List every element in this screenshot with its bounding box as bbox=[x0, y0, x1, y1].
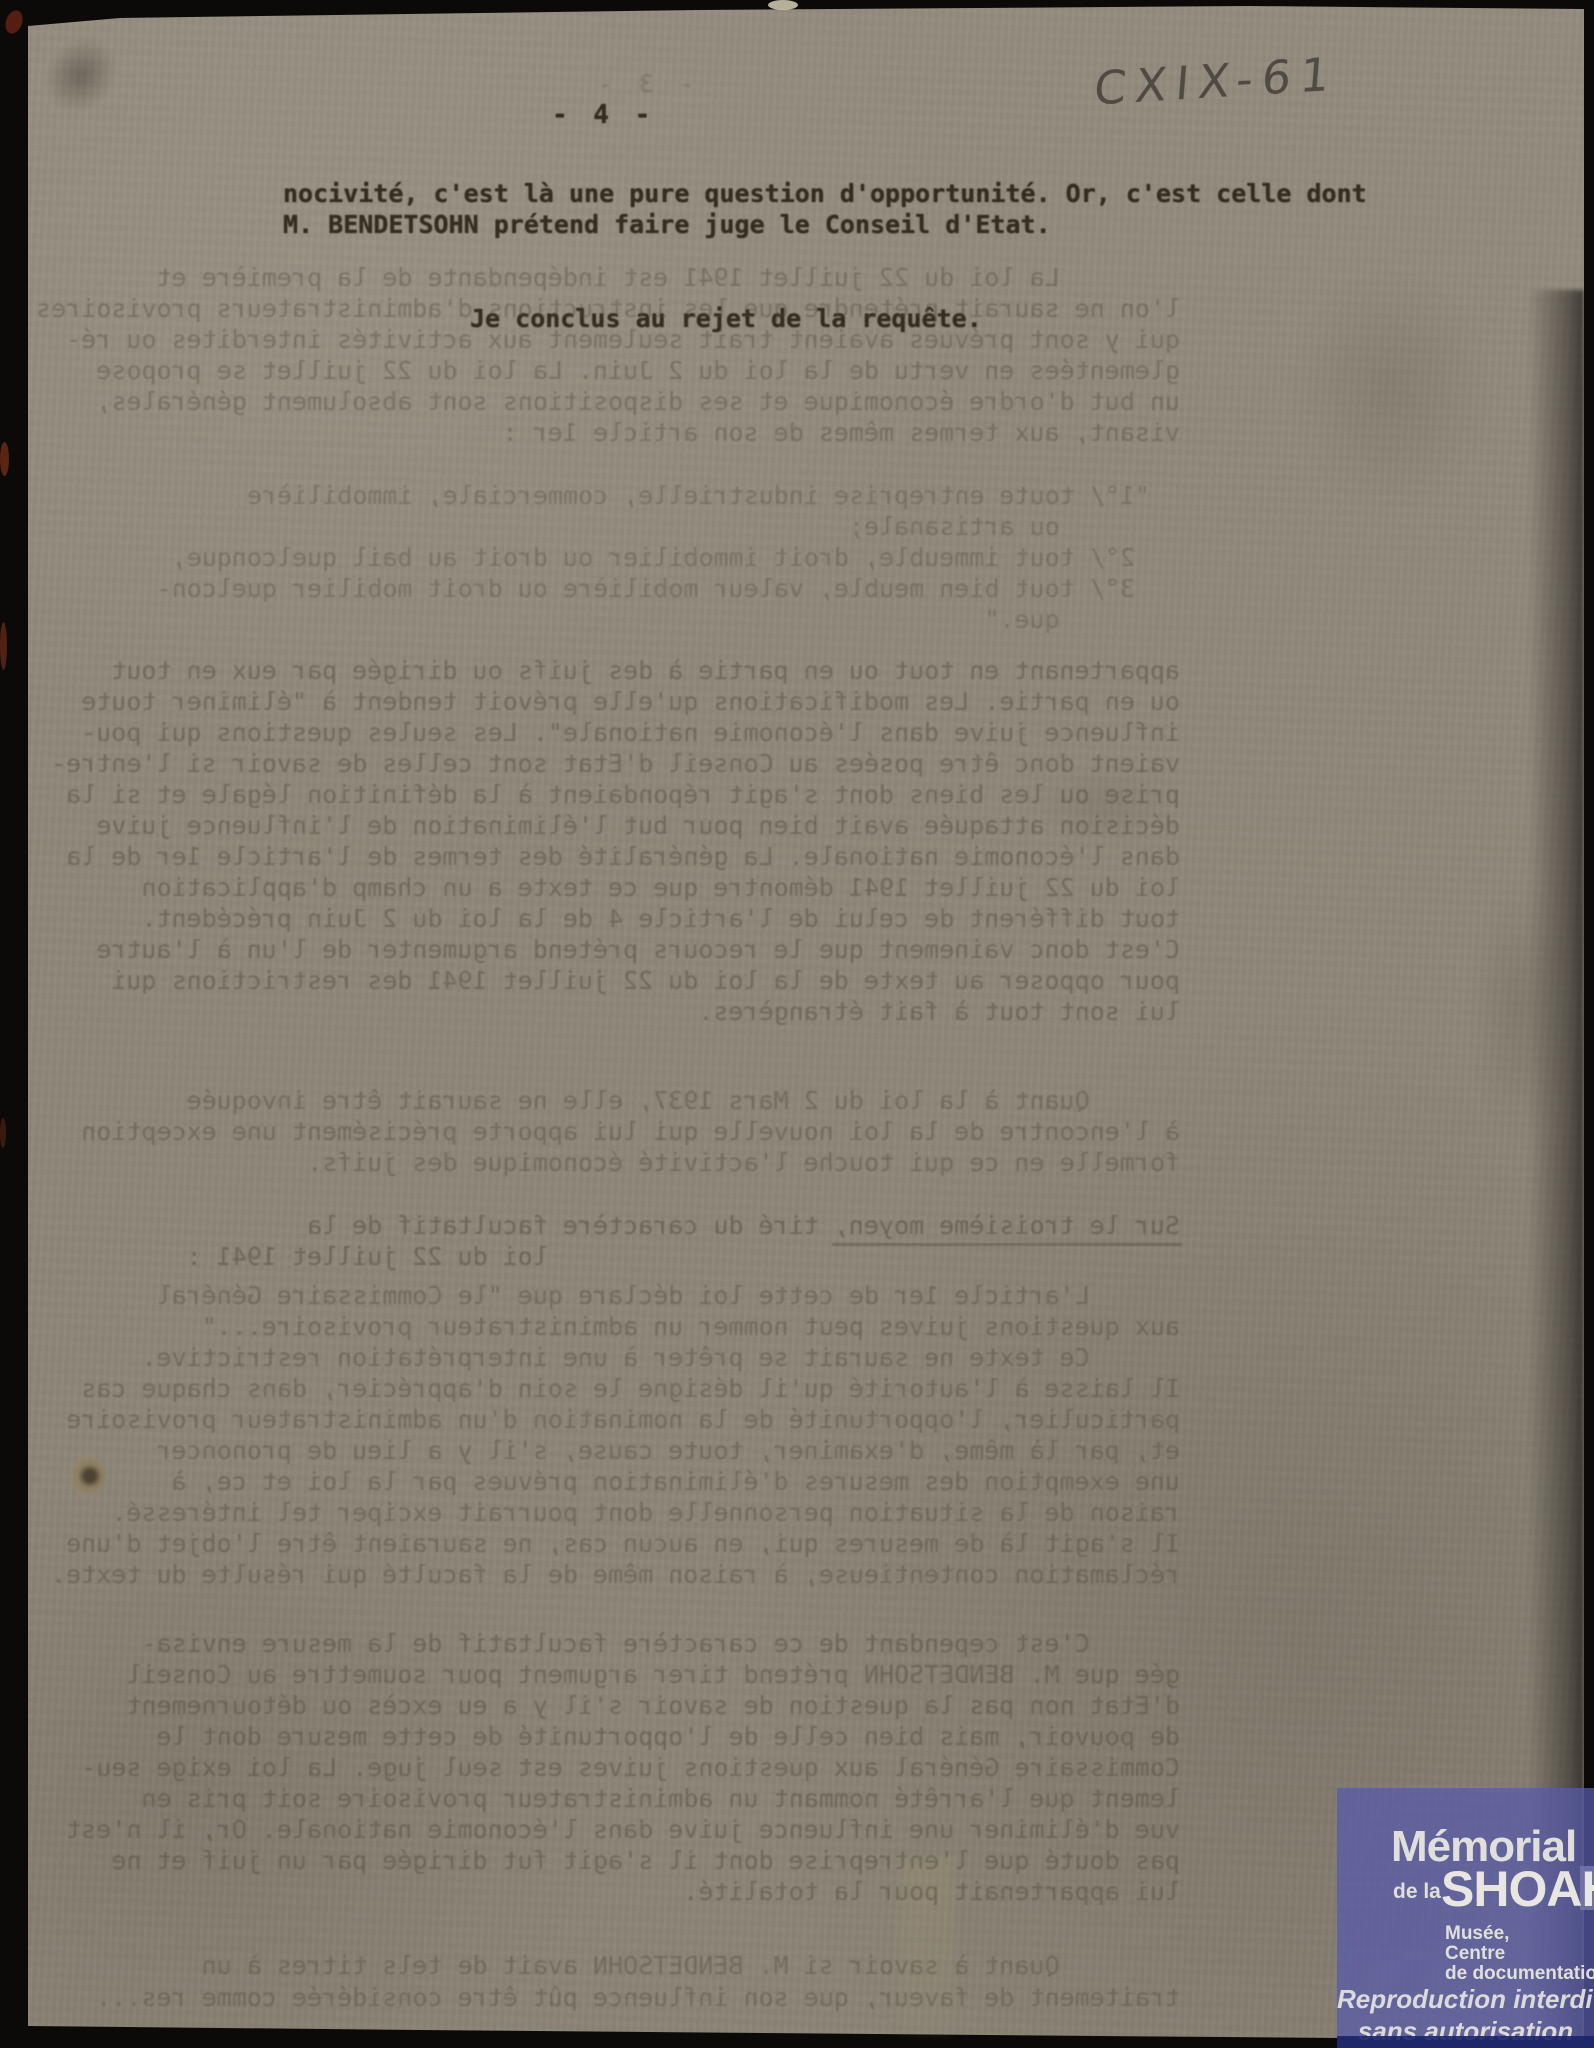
text-line: tout différent de celui de l'article 4 d… bbox=[20, 903, 1180, 934]
text-line: dans l'économie nationale. La généralité… bbox=[20, 841, 1180, 872]
text-line: glementées en vertu de la loi du 2 Juin.… bbox=[20, 355, 1180, 386]
text-line: lui sont tout à fait étrangères. bbox=[20, 996, 1180, 1027]
text-line: "1°/ toute entreprise industrielle, comm… bbox=[20, 480, 1150, 511]
bleedthrough-paragraph: La loi du 22 juillet 1941 est indépendan… bbox=[20, 262, 1180, 448]
watermark-brand-dela: de la bbox=[1393, 1880, 1441, 1904]
text-line: Il s'agit là de mesures qui, en aucun ca… bbox=[20, 1528, 1180, 1559]
text-line: d'Etat non pas la question de savoir s'i… bbox=[20, 1690, 1180, 1721]
text-line: particulier, l'opportunité de la nominat… bbox=[20, 1404, 1180, 1435]
bleedthrough-paragraph: C'est cependant de ce caractère facultat… bbox=[20, 1628, 1180, 1907]
text-line: que." bbox=[20, 604, 1150, 635]
text-line: vue d'éliminer une influence juive dans … bbox=[20, 1814, 1180, 1845]
red-edge-mark bbox=[2, 8, 25, 36]
watermark-brand-shoah: SHOAH bbox=[1441, 1860, 1594, 1918]
text-line: Ce texte ne saurait se prêter à une inte… bbox=[20, 1342, 1180, 1373]
watermark-bottom-bar bbox=[1337, 2036, 1594, 2048]
text-line: un but d'ordre économique et ses disposi… bbox=[20, 386, 1180, 417]
text-line: vaient donc être posées au Conseil d'Eta… bbox=[20, 748, 1180, 779]
bleedthrough-paragraph: Quant à la loi du 2 Mars 1937, elle ne s… bbox=[20, 1085, 1180, 1178]
red-edge-mark bbox=[0, 622, 7, 670]
text-line: formelle en ce qui touche l'activité éco… bbox=[20, 1147, 1180, 1178]
watermark-notice-line1: Reproduction interdite bbox=[1337, 1984, 1594, 2015]
text-line: pas douté que l'entreprise dont il s'agi… bbox=[20, 1845, 1180, 1876]
bleedthrough-heading: Sur le troisième moyen, tiré du caractèr… bbox=[20, 1210, 1180, 1272]
text-line: une exemption des mesures d'élimination … bbox=[20, 1466, 1180, 1497]
text-line: ou en partie. Les modifications qu'elle … bbox=[20, 686, 1180, 717]
text-line: Il laisse à l'autorité qu'il désigne le … bbox=[20, 1373, 1180, 1404]
text-line: gée que M. BENDETSOHN prétend tirer argu… bbox=[20, 1659, 1180, 1690]
text-line: Quant à savoir si M. BENDETSOHN avait de… bbox=[20, 1950, 1180, 1982]
text-line: M. BENDETSOHN prétend faire juge le Cons… bbox=[283, 209, 1443, 240]
text-line: 3°/ tout bien meuble, valeur mobilière o… bbox=[20, 573, 1150, 604]
text-line: de pouvoir, mais bien celle de l'opportu… bbox=[20, 1721, 1180, 1752]
text-line: et, par là même, d'examiner, toute cause… bbox=[20, 1435, 1180, 1466]
text-line: prise ou les biens dont s'agit répondaie… bbox=[20, 779, 1180, 810]
bleedthrough-quote: "1°/ toute entreprise industrielle, comm… bbox=[20, 480, 1150, 635]
text-line: lui appartenait pour la totalité. bbox=[20, 1876, 1180, 1907]
text-line: C'est cependant de ce caractère facultat… bbox=[20, 1628, 1180, 1659]
text-line: nocivité, c'est là une pure question d'o… bbox=[283, 178, 1443, 209]
memorial-shoah-watermark: Mémorial de la SHOAH Musée, Centre de do… bbox=[1337, 1788, 1594, 2048]
text-line: Commissaire Général aux questions juives… bbox=[20, 1752, 1180, 1783]
text-line: aux questions juives peut nommer un admi… bbox=[20, 1311, 1180, 1342]
scan-shadow bbox=[1528, 290, 1584, 2040]
text-line: Sur le troisième moyen, tiré du caractèr… bbox=[20, 1210, 1180, 1241]
text-line: traitement de faveur, que son influence … bbox=[20, 1982, 1180, 2014]
text-line: La loi du 22 juillet 1941 est indépendan… bbox=[20, 262, 1180, 293]
text-line: 2°/ tout immeuble, droit immobilier ou d… bbox=[20, 542, 1150, 573]
text-line: pour opposer au texte de la loi du 22 ju… bbox=[20, 965, 1180, 996]
text-line: visant, aux termes mêmes de son article … bbox=[20, 417, 1180, 448]
red-edge-mark bbox=[0, 442, 9, 476]
text-line: qui y sont prévues avaient trait seuleme… bbox=[20, 324, 1180, 355]
text-line: loi du 22 juillet 1941 démontre que ce t… bbox=[20, 872, 1180, 903]
bleed-underline bbox=[832, 1243, 1182, 1246]
text-line: raison de la situation personnelle dont … bbox=[20, 1497, 1180, 1528]
bleedthrough-paragraph: appartenant en tout ou en partie à des j… bbox=[20, 655, 1180, 1027]
watermark-sub-musee: Musée, bbox=[1445, 1924, 1509, 1944]
text-line: Quant à la loi du 2 Mars 1937, elle ne s… bbox=[20, 1085, 1180, 1116]
page-number: - 4 - bbox=[552, 100, 655, 130]
text-line: lement que l'arrêté nommant un administr… bbox=[20, 1783, 1180, 1814]
text-line: ou artisanale; bbox=[20, 511, 1150, 542]
document-scan: - 3 - - 4 - CXIX-61 nocivité, c'est là u… bbox=[0, 0, 1594, 2048]
paper-top-notch bbox=[768, 0, 798, 10]
text-line: à l'encontre de la loi nouvelle qui lui … bbox=[20, 1116, 1180, 1147]
bleed-page-number: - 3 - bbox=[592, 70, 694, 98]
text-line: appartenant en tout ou en partie à des j… bbox=[20, 655, 1180, 686]
bleedthrough-paragraph: Quant à savoir si M. BENDETSOHN avait de… bbox=[20, 1950, 1180, 2014]
watermark-sub-documentation: de documentation bbox=[1445, 1964, 1594, 1984]
text-line: l'on ne saurait prétendre que les instru… bbox=[20, 293, 1180, 324]
watermark-sub-centre: Centre bbox=[1445, 1944, 1505, 1964]
text-line: décision attaquée avait bien pour but l'… bbox=[20, 810, 1180, 841]
text-line: réclamation contentieuse, à raison même … bbox=[20, 1559, 1180, 1590]
text-line: C'est donc vainement que le recours prét… bbox=[20, 934, 1180, 965]
red-edge-mark bbox=[0, 1118, 6, 1148]
text-line: L'article 1er de cette loi déclare que "… bbox=[20, 1280, 1180, 1311]
faint-stamp-smudge bbox=[1290, 270, 1490, 510]
typed-paragraph: nocivité, c'est là une pure question d'o… bbox=[283, 178, 1443, 240]
text-line: influence juive dans l'économie national… bbox=[20, 717, 1180, 748]
bleedthrough-paragraph: L'article 1er de cette loi déclare que "… bbox=[20, 1280, 1180, 1590]
